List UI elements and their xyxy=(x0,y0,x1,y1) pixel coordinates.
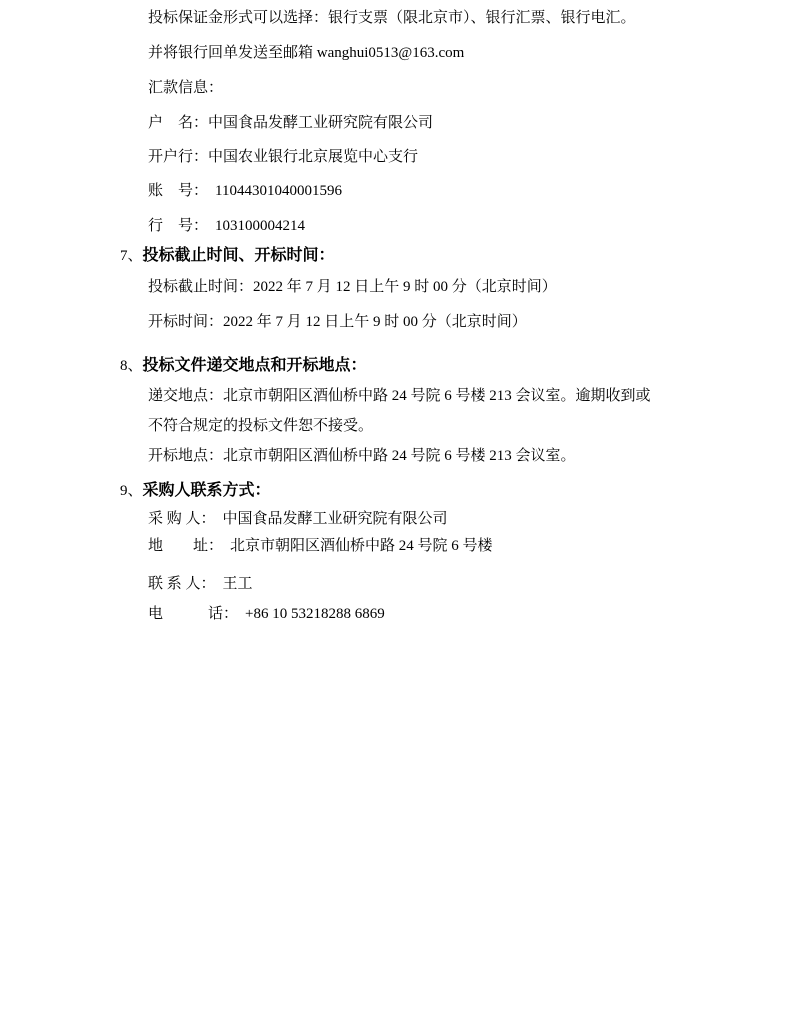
deposit-line-2-email: 并将银行回单发送至邮箱 wanghui0513@163.com xyxy=(148,43,464,63)
purchaser-value: 中国食品发酵工业研究院有限公司 xyxy=(223,511,448,527)
delivery-place-line-2: 不符合规定的投标文件恕不接受。 xyxy=(148,416,373,436)
account-number-row: 账 号：11044301040001596 xyxy=(148,181,342,201)
bid-opening-time-line: 开标时间：2022 年 7 月 12 日上午 9 时 00 分（北京时间） xyxy=(148,312,527,332)
account-name-label: 户 名： xyxy=(148,115,208,131)
contact-value: 王工 xyxy=(223,576,253,592)
bank-label: 开户行： xyxy=(148,149,208,165)
address-row: 地 址：北京市朝阳区酒仙桥中路 24 号院 6 号楼 xyxy=(148,536,493,556)
purchaser-row: 采 购 人：中国食品发酵工业研究院有限公司 xyxy=(148,509,448,529)
address-label: 地 址： xyxy=(148,538,223,554)
phone-label: 电 话： xyxy=(148,606,238,622)
section-9-heading: 9、采购人联系方式： xyxy=(120,481,271,501)
phone-row: 电 话：+86 10 53218288 6869 xyxy=(148,604,385,624)
section-8-number: 8、 xyxy=(120,358,143,374)
account-number-label: 账 号： xyxy=(148,183,208,199)
bank-row: 开户行：中国农业银行北京展览中心支行 xyxy=(148,147,418,167)
deposit-line-1: 投标保证金形式可以选择：银行支票（限北京市）、银行汇票、银行电汇。 xyxy=(148,8,636,28)
account-number-value: 11044301040001596 xyxy=(215,183,342,199)
delivery-place-line-1: 递交地点：北京市朝阳区酒仙桥中路 24 号院 6 号楼 213 会议室。逾期收到… xyxy=(148,386,651,406)
document-page: 投标保证金形式可以选择：银行支票（限北京市）、银行汇票、银行电汇。 并将银行回单… xyxy=(0,0,794,1022)
account-name-value: 中国食品发酵工业研究院有限公司 xyxy=(208,115,433,131)
section-7-title: 投标截止时间、开标时间： xyxy=(143,247,335,264)
purchaser-label: 采 购 人： xyxy=(148,511,216,527)
section-9-number: 9、 xyxy=(120,483,143,499)
account-name-row: 户 名：中国食品发酵工业研究院有限公司 xyxy=(148,113,433,133)
opening-place-line: 开标地点：北京市朝阳区酒仙桥中路 24 号院 6 号楼 213 会议室。 xyxy=(148,446,576,466)
remittance-title: 汇款信息： xyxy=(148,78,223,98)
section-9-title: 采购人联系方式： xyxy=(143,482,271,499)
contact-row: 联 系 人：王工 xyxy=(148,574,253,594)
bid-deadline-line: 投标截止时间：2022 年 7 月 12 日上午 9 时 00 分（北京时间） xyxy=(148,277,557,297)
contact-label: 联 系 人： xyxy=(148,576,216,592)
address-value: 北京市朝阳区酒仙桥中路 24 号院 6 号楼 xyxy=(230,538,493,554)
bank-code-value: 103100004214 xyxy=(215,218,305,234)
bank-code-row: 行 号：103100004214 xyxy=(148,216,305,236)
section-7-heading: 7、投标截止时间、开标时间： xyxy=(120,246,335,266)
section-8-heading: 8、投标文件递交地点和开标地点： xyxy=(120,356,367,376)
phone-value: +86 10 53218288 6869 xyxy=(245,606,385,622)
bank-value: 中国农业银行北京展览中心支行 xyxy=(208,149,418,165)
section-8-title: 投标文件递交地点和开标地点： xyxy=(143,357,367,374)
section-7-number: 7、 xyxy=(120,248,143,264)
bank-code-label: 行 号： xyxy=(148,218,208,234)
